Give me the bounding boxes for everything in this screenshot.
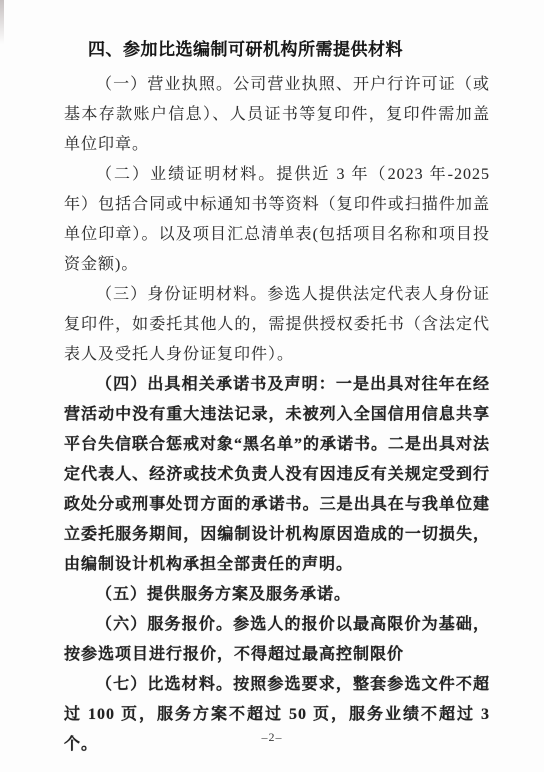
paragraph-5: （五）提供服务方案及服务承诺。 <box>64 580 490 610</box>
paragraph-2: （二）业绩证明材料。提供近 3 年（2023 年-2025 年）包括合同或中标通… <box>64 160 490 280</box>
paragraph-container: （一）营业执照。公司营业执照、开户行许可证（或基本存款账户信息）、人员证书等复印… <box>64 70 490 760</box>
page-number: –2– <box>0 730 544 745</box>
document-page: 四、参加比选编制可研机构所需提供材料 （一）营业执照。公司营业执照、开户行许可证… <box>0 0 544 772</box>
paragraph-7: （七）比选材料。按照参选要求，整套参选文件不超过 100 页，服务方案不超过 5… <box>64 670 490 760</box>
paragraph-6: （六）服务报价。参选人的报价以最高限价为基础，按参选项目进行报价，不得超过最高控… <box>64 610 490 670</box>
paragraph-1: （一）营业执照。公司营业执照、开户行许可证（或基本存款账户信息）、人员证书等复印… <box>64 70 490 160</box>
paragraph-4: （四）出具相关承诺书及声明：一是出具对往年在经营活动中没有重大违法记录，未被列入… <box>64 370 490 580</box>
section-heading: 四、参加比选编制可研机构所需提供材料 <box>0 0 544 65</box>
paragraph-3: （三）身份证明材料。参选人提供法定代表人身份证复印件，如委托其他人的，需提供授权… <box>64 280 490 370</box>
